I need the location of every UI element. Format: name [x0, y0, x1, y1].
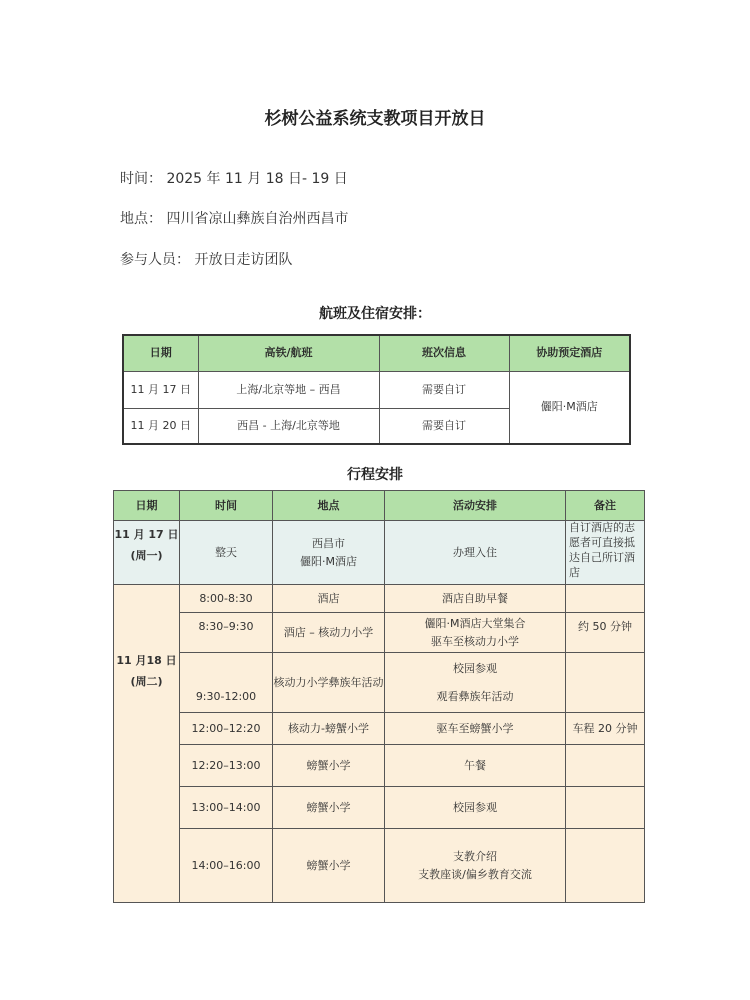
schedule-activity: 酒店自助早餐: [385, 585, 566, 613]
schedule-time: 9:30-12:00: [180, 653, 273, 713]
meta-people-value: 开放日走访团队: [194, 252, 292, 268]
day1-weekday: (周一): [114, 546, 179, 567]
schedule-place: 核动力小学彝族年活动: [273, 653, 385, 713]
table-row: 12:20–13:00 螃蟹小学 午餐: [114, 745, 645, 787]
schedule-header-note: 备注: [566, 491, 645, 521]
schedule-activity-line2: 驱车至核动力小学: [385, 633, 565, 651]
day1-date-cell: 11 月 17 日 (周一): [114, 521, 180, 585]
day1-note: 自订酒店的志愿者可直接抵达自己所订酒店: [566, 521, 645, 585]
flight-route: 西昌 - 上海/北京等地: [198, 408, 379, 444]
schedule-header-activity: 活动安排: [385, 491, 566, 521]
schedule-note: [566, 653, 645, 713]
table-row: 11 月18 日 (周二) 8:00-8:30 酒店 酒店自助早餐: [114, 585, 645, 613]
day2-weekday: (周二): [114, 672, 179, 693]
schedule-time: 14:00–16:00: [180, 829, 273, 903]
meta-time-label: 时间：: [120, 171, 162, 187]
schedule-note: [566, 745, 645, 787]
schedule-activity: 校园参观: [385, 787, 566, 829]
table-row: 12:00–12:20 核动力-螃蟹小学 驱车至螃蟹小学 车程 20 分钟: [114, 713, 645, 745]
schedule-note: 车程 20 分钟: [566, 713, 645, 745]
document-title: 杉树公益系统支教项目开放日: [0, 104, 750, 129]
flight-route: 上海/北京等地 – 西昌: [198, 371, 379, 408]
meta-people-label: 参与人员：: [120, 252, 190, 268]
flight-date: 11 月 17 日: [123, 371, 198, 408]
table-row: 14:00–16:00 螃蟹小学 支教介绍 支教座谈/偏乡教育交流: [114, 829, 645, 903]
table-row: 11 月 17 日 上海/北京等地 – 西昌 需要自订 儷阳·M酒店: [123, 371, 630, 408]
day2-date-cell: 11 月18 日 (周二): [114, 585, 180, 903]
schedule-header-time: 时间: [180, 491, 273, 521]
schedule-note: [566, 787, 645, 829]
meta-time: 时间： 2025 年 11 月 18 日- 19 日: [120, 168, 348, 188]
schedule-activity-line2: 观看彝族年活动: [385, 688, 565, 706]
flights-header-route: 高铁/航班: [198, 335, 379, 371]
meta-people: 参与人员： 开放日走访团队: [120, 249, 292, 269]
schedule-header-place: 地点: [273, 491, 385, 521]
meta-place-label: 地点：: [120, 211, 162, 227]
schedule-activity-line1: 校园参观: [385, 660, 565, 678]
flights-header-hotel: 协助预定酒店: [509, 335, 630, 371]
flights-header-info: 班次信息: [379, 335, 509, 371]
meta-place: 地点： 四川省凉山彝族自治州西昌市: [120, 208, 348, 228]
schedule-header-row: 日期 时间 地点 活动安排 备注: [114, 491, 645, 521]
schedule-activity-cell: 支教介绍 支教座谈/偏乡教育交流: [385, 829, 566, 903]
schedule-activity-line1: 支教介绍: [385, 848, 565, 866]
schedule-note: [566, 585, 645, 613]
schedule-activity-line2: 支教座谈/偏乡教育交流: [385, 866, 565, 884]
schedule-table: 日期 时间 地点 活动安排 备注 11 月 17 日 (周一) 整天 西昌市 儷…: [113, 490, 645, 903]
schedule-place: 螃蟹小学: [273, 787, 385, 829]
flight-hotel: 儷阳·M酒店: [509, 371, 630, 444]
schedule-activity-cell: 校园参观 观看彝族年活动: [385, 653, 566, 713]
day1-place-cell: 西昌市 儷阳·M酒店: [273, 521, 385, 585]
day1-activity: 办理入住: [385, 521, 566, 585]
day1-place-line1: 西昌市: [273, 535, 384, 553]
meta-time-value: 2025 年 11 月 18 日- 19 日: [166, 171, 347, 187]
flights-section-title: 航班及住宿安排：: [0, 303, 750, 323]
schedule-section-title: 行程安排: [0, 464, 750, 484]
schedule-activity: 驱车至螃蟹小学: [385, 713, 566, 745]
schedule-note: [566, 829, 645, 903]
schedule-time: 12:00–12:20: [180, 713, 273, 745]
flight-date: 11 月 20 日: [123, 408, 198, 444]
table-row: 13:00–14:00 螃蟹小学 校园参观: [114, 787, 645, 829]
schedule-place: 酒店: [273, 585, 385, 613]
table-row: 9:30-12:00 核动力小学彝族年活动 校园参观 观看彝族年活动: [114, 653, 645, 713]
flights-header-date: 日期: [123, 335, 198, 371]
meta-place-value: 四川省凉山彝族自治州西昌市: [166, 211, 348, 227]
flights-header-row: 日期 高铁/航班 班次信息 协助预定酒店: [123, 335, 630, 371]
day1-date: 11 月 17 日: [114, 525, 179, 546]
flight-info: 需要自订: [379, 408, 509, 444]
spacer: [385, 678, 565, 688]
schedule-time: 8:00-8:30: [180, 585, 273, 613]
day2-date: 11 月18 日: [114, 651, 179, 672]
schedule-time: 8:30–9:30: [180, 613, 273, 653]
table-row: 11 月 17 日 (周一) 整天 西昌市 儷阳·M酒店 办理入住 自订酒店的志…: [114, 521, 645, 585]
schedule-activity-cell: 儷阳·M酒店大堂集合 驱车至核动力小学: [385, 613, 566, 653]
schedule-note: 约 50 分钟: [566, 613, 645, 653]
schedule-time: 12:20–13:00: [180, 745, 273, 787]
schedule-header-date: 日期: [114, 491, 180, 521]
schedule-time: 13:00–14:00: [180, 787, 273, 829]
table-row: 8:30–9:30 酒店 – 核动力小学 儷阳·M酒店大堂集合 驱车至核动力小学…: [114, 613, 645, 653]
day1-time: 整天: [180, 521, 273, 585]
flights-table: 日期 高铁/航班 班次信息 协助预定酒店 11 月 17 日 上海/北京等地 –…: [122, 334, 631, 445]
schedule-activity: 午餐: [385, 745, 566, 787]
schedule-place: 螃蟹小学: [273, 829, 385, 903]
schedule-place: 核动力-螃蟹小学: [273, 713, 385, 745]
flight-info: 需要自订: [379, 371, 509, 408]
schedule-place: 螃蟹小学: [273, 745, 385, 787]
schedule-place: 酒店 – 核动力小学: [273, 613, 385, 653]
day1-place-line2: 儷阳·M酒店: [273, 553, 384, 571]
schedule-activity-line1: 儷阳·M酒店大堂集合: [385, 615, 565, 633]
